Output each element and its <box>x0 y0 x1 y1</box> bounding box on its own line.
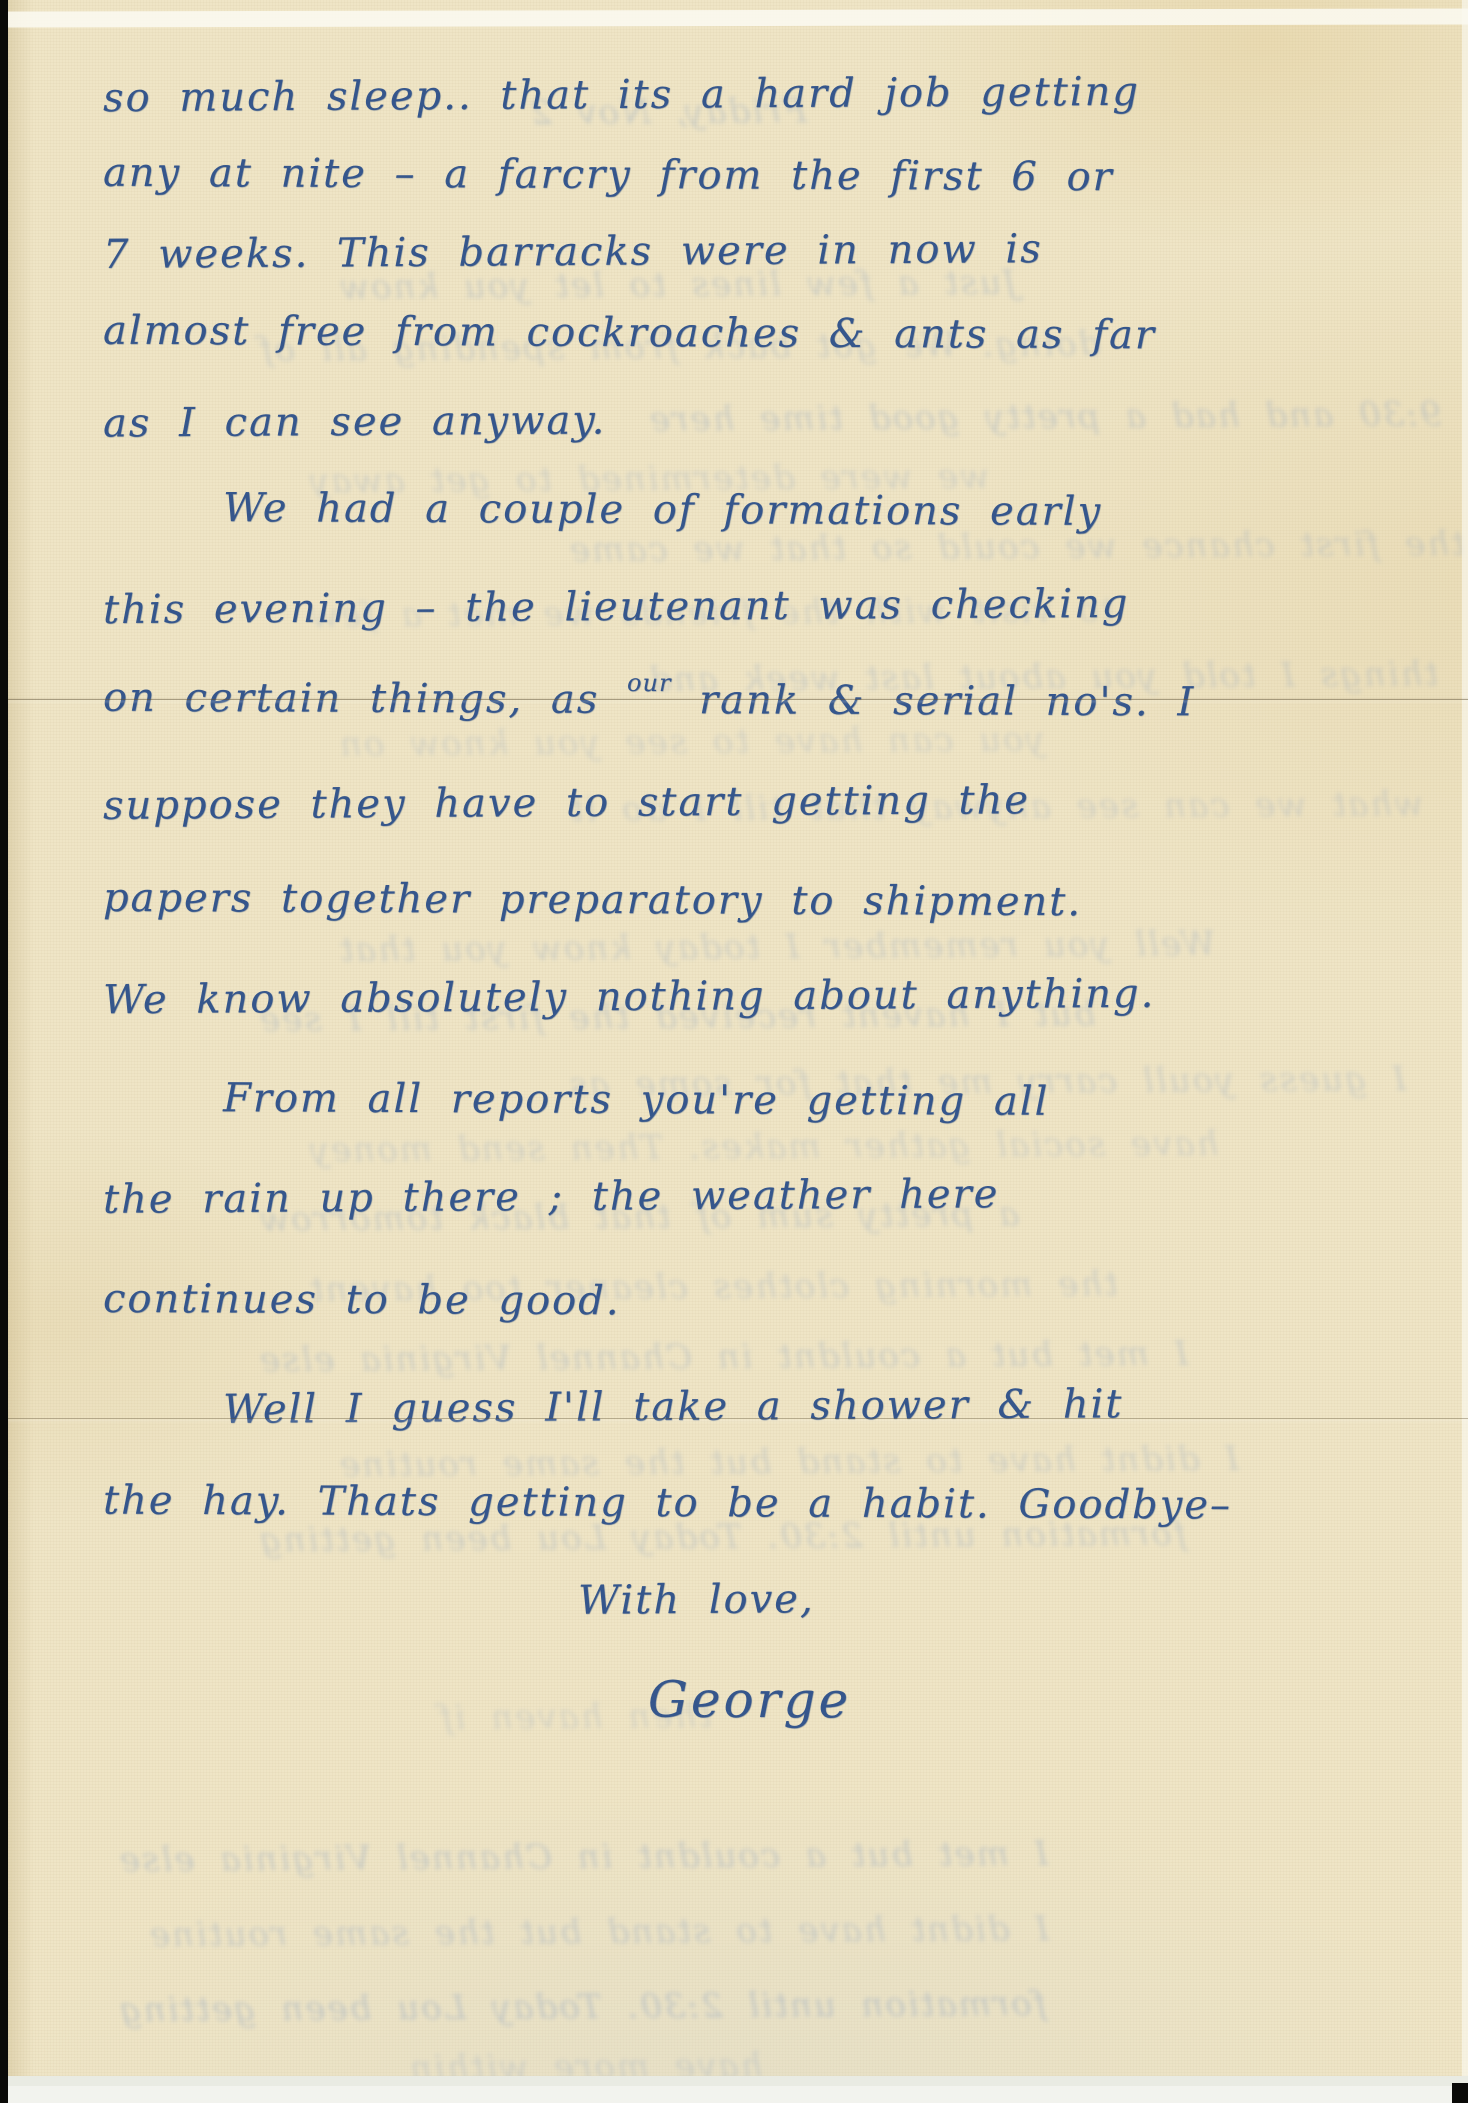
handwritten-line: suppose they have to start getting the <box>103 780 1030 826</box>
paper-right-edge <box>1462 0 1468 2103</box>
inserted-word: our <box>627 669 672 697</box>
handwritten-line: We know absolutely nothing about anythin… <box>103 974 1156 1020</box>
bleed-through-line: I didnt have to stand but the same routi… <box>338 1442 1239 1482</box>
handwritten-line: Well I guess I'll take a shower & hit <box>223 1384 1124 1429</box>
handwritten-line: as I can see anyway. <box>103 400 606 443</box>
bleed-through-line: Well you remember I today know you that <box>338 927 1216 967</box>
handwritten-line: George <box>648 1675 851 1726</box>
handwritten-line: We had a couple of formations early <box>223 488 1102 532</box>
bleed-through-line: formation until 2:30. Today Lou been get… <box>118 1987 1046 2027</box>
fold-crease-lower <box>0 1418 1468 1419</box>
handwritten-line: any at nite – a farcry from the first 6 … <box>103 153 1114 197</box>
handwritten-line: almost free from cockroaches & ants as f… <box>103 311 1156 356</box>
bleed-through-line: you can have to see you know on <box>338 723 1045 762</box>
bleed-through-line: 9:30 and had a pretty good time here <box>648 397 1442 437</box>
letter-scan: Friday, Nov 2Just a few lines to let you… <box>0 0 1468 2103</box>
handwritten-line: this evening – the lieutenant was checki… <box>103 584 1130 630</box>
fold-crease-upper <box>0 699 1468 700</box>
bleed-through-line: I met but a couldnt in Channel Virginia … <box>118 1837 1048 1877</box>
handwritten-line: the hay. Thats getting to be a habit. Go… <box>103 1481 1232 1526</box>
handwritten-line: the rain up there ; the weather here <box>103 1174 1000 1219</box>
paper-top-edge <box>8 8 1468 27</box>
handwritten-line: so much sleep.. that its a hard job gett… <box>103 72 1140 118</box>
bleed-through-line: I didnt have to stand but the same routi… <box>148 1912 1049 1952</box>
handwritten-line: With love, <box>578 1579 815 1620</box>
scan-corner-mark <box>1452 2083 1468 2103</box>
handwritten-line: continues to be good. <box>103 1279 621 1321</box>
letter-page: Friday, Nov 2Just a few lines to let you… <box>8 0 1468 2103</box>
handwritten-line: on certain things, as our rank & serial … <box>103 678 1195 723</box>
handwritten-line: 7 weeks. This barracks were in now is <box>103 229 1043 275</box>
handwritten-line: From all reports you're getting all <box>223 1078 1050 1122</box>
scan-left-edge <box>0 0 8 2103</box>
scan-bottom-band-light <box>8 2086 1468 2103</box>
handwritten-line: papers together preparatory to shipment. <box>103 878 1082 922</box>
bleed-through-line: have social gather makes. Then send mone… <box>308 1127 1219 1167</box>
bleed-through-line: I met but a couldnt in Channel Virginia … <box>258 1337 1188 1377</box>
